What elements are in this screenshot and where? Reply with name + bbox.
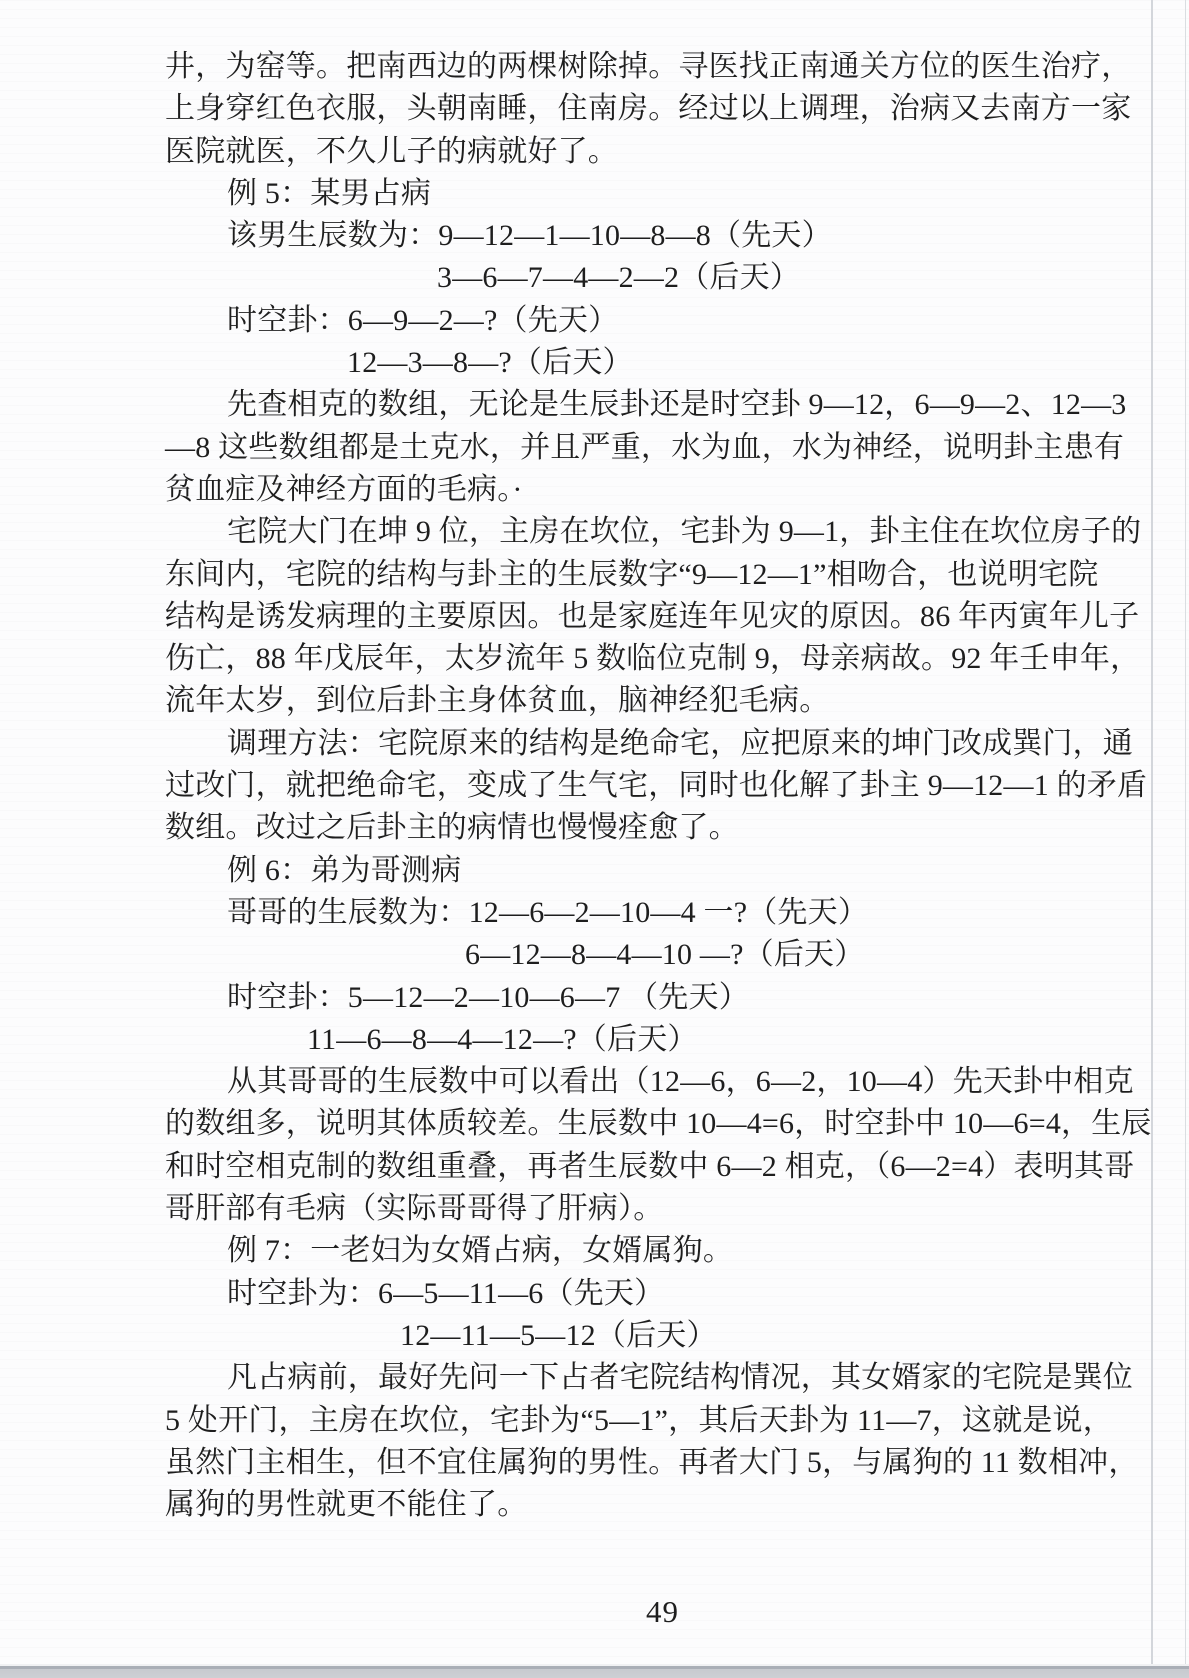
text-line: 3—6—7—4—2—2（后天） [165, 257, 1125, 299]
text-line: 哥肝部有毛病（实际哥哥得了肝病）。 [165, 1188, 1125, 1230]
text-line: 6—12—8—4—10 —?（后天） [165, 934, 1125, 976]
text-line: 贫血症及神经方面的毛病。· [165, 469, 1125, 511]
text-line: 时空卦：5—12—2—10—6—7 （先天） [165, 977, 1125, 1019]
text-line: 东间内，宅院的结构与卦主的生辰数字“9—12—1”相吻合，也说明宅院 [165, 554, 1125, 596]
text-line: 虽然门主相生，但不宜住属狗的男性。再者大门 5，与属狗的 11 数相冲， [165, 1442, 1125, 1484]
text-line: 凡占病前，最好先问一下占者宅院结构情况，其女婿家的宅院是巽位 [165, 1357, 1125, 1399]
scanned-book-page: 井，为窑等。把南西边的两棵树除掉。寻医找正南通关方位的医生治疗，上身穿红色衣服，… [0, 0, 1189, 1678]
text-line: 11—6—8—4—12—?（后天） [165, 1019, 1125, 1061]
text-line: 哥哥的生辰数为：12—6—2—10—4 一?（先天） [165, 892, 1125, 934]
text-line: 属狗的男性就更不能住了。 [165, 1484, 1125, 1526]
page-number: 49 [646, 1594, 679, 1630]
scan-edge-line-right-inner [1151, 0, 1153, 1678]
text-line: 时空卦：6—9—2—?（先天） [165, 300, 1125, 342]
text-line: 例 6：弟为哥测病 [165, 850, 1125, 892]
text-line: 宅院大门在坤 9 位，主房在坎位，宅卦为 9—1，卦主住在坎位房子的 [165, 511, 1125, 553]
text-line: 该男生辰数为：9—12—1—10—8—8（先天） [165, 215, 1125, 257]
text-line: 调理方法：宅院原来的结构是绝命宅，应把原来的坤门改成巽门，通 [165, 723, 1125, 765]
text-line: 和时空相克制的数组重叠，再者生辰数中 6—2 相克，（6—2=4）表明其哥 [165, 1146, 1125, 1188]
text-line: 时空卦为：6—5—11—6（先天） [165, 1273, 1125, 1315]
text-line: 井，为窑等。把南西边的两棵树除掉。寻医找正南通关方位的医生治疗， [165, 46, 1125, 88]
text-line: 医院就医，不久儿子的病就好了。 [165, 131, 1125, 173]
text-line: 结构是诱发病理的主要原因。也是家庭连年见灾的原因。86 年丙寅年儿子 [165, 596, 1125, 638]
text-line: 先查相克的数组，无论是生辰卦还是时空卦 9—12，6—9—2、12—3 [165, 384, 1125, 426]
text-line: —8 这些数组都是土克水，并且严重，水为血，水为神经，说明卦主患有 [165, 427, 1125, 469]
text-line: 12—11—5—12（后天） [165, 1315, 1125, 1357]
text-line: 数组。改过之后卦主的病情也慢慢痊愈了。 [165, 807, 1125, 849]
text-line: 例 5：某男占病 [165, 173, 1125, 215]
text-line: 过改门，就把绝命宅，变成了生气宅，同时也化解了卦主 9—12—1 的矛盾 [165, 765, 1125, 807]
text-block: 井，为窑等。把南西边的两棵树除掉。寻医找正南通关方位的医生治疗，上身穿红色衣服，… [165, 46, 1125, 1526]
text-line: 上身穿红色衣服，头朝南睡，住南房。经过以上调理，治病又去南方一家 [165, 88, 1125, 130]
scan-edge-line-right-outer [1185, 0, 1186, 1678]
text-line: 从其哥哥的生辰数中可以看出（12—6，6—2，10—4）先天卦中相克 [165, 1061, 1125, 1103]
text-line: 5 处开门，主房在坎位，宅卦为“5—1”，其后天卦为 11—7，这就是说， [165, 1400, 1125, 1442]
scan-bottom-band [0, 1664, 1189, 1678]
text-line: 例 7：一老妇为女婿占病，女婿属狗。 [165, 1230, 1125, 1272]
text-line: 的数组多，说明其体质较差。生辰数中 10—4=6，时空卦中 10—6=4，生辰 [165, 1103, 1125, 1145]
text-line: 伤亡，88 年戊辰年，太岁流年 5 数临位克制 9，母亲病故。92 年壬申年， [165, 638, 1125, 680]
text-line: 12—3—8—?（后天） [165, 342, 1125, 384]
text-line: 流年太岁，到位后卦主身体贫血，脑神经犯毛病。 [165, 680, 1125, 722]
